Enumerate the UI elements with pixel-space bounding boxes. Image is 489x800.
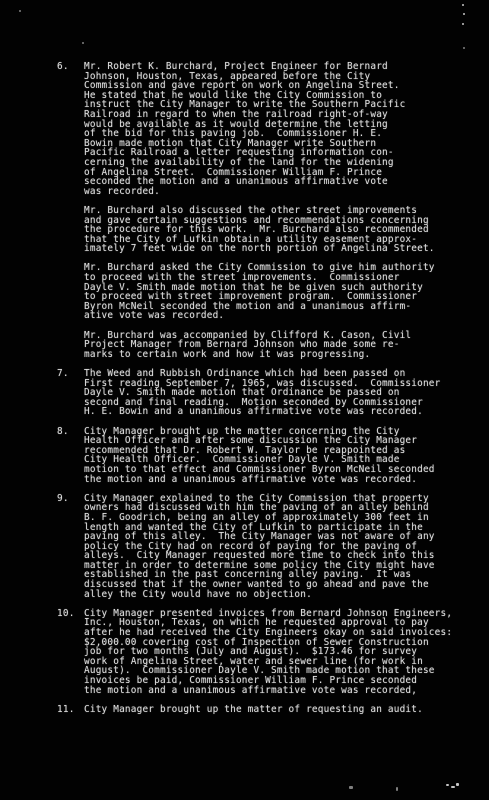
scan-speck bbox=[446, 784, 449, 786]
scan-speck bbox=[456, 783, 459, 786]
item-number: 7. bbox=[57, 369, 84, 379]
scan-speck bbox=[451, 786, 455, 788]
minutes-item: 10.City Manager presented invoices from … bbox=[57, 609, 461, 695]
minutes-list: 6.Mr. Robert K. Burchard, Project Engine… bbox=[57, 62, 461, 724]
scan-speck bbox=[463, 13, 465, 15]
scan-speck bbox=[82, 42, 84, 44]
item-paragraph: The Weed and Rubbish Ordinance which had… bbox=[84, 369, 461, 417]
item-paragraph: Mr. Burchard asked the City Commission t… bbox=[84, 263, 461, 321]
item-paragraph: City Manager explained to the City Commi… bbox=[84, 494, 461, 600]
item-body: City Manager brought up the matter of re… bbox=[84, 705, 461, 715]
scan-speck bbox=[349, 786, 353, 789]
item-paragraph: City Manager presented invoices from Ber… bbox=[84, 609, 461, 695]
minutes-item: 11.City Manager brought up the matter of… bbox=[57, 705, 461, 715]
item-paragraph: Mr. Burchard also discussed the other st… bbox=[84, 206, 461, 254]
minutes-item: 8.City Manager brought up the matter con… bbox=[57, 427, 461, 485]
item-body: Mr. Robert K. Burchard, Project Engineer… bbox=[84, 62, 461, 359]
item-body: The Weed and Rubbish Ordinance which had… bbox=[84, 369, 461, 417]
item-number: 11. bbox=[57, 705, 84, 715]
scanned-minutes-page: 6.Mr. Robert K. Burchard, Project Engine… bbox=[0, 0, 489, 800]
minutes-item: 9.City Manager explained to the City Com… bbox=[57, 494, 461, 600]
item-body: City Manager presented invoices from Ber… bbox=[84, 609, 461, 695]
minutes-item: 6.Mr. Robert K. Burchard, Project Engine… bbox=[57, 62, 461, 359]
scan-speck bbox=[396, 787, 398, 791]
item-paragraph: Mr. Burchard was accompanied by Clifford… bbox=[84, 331, 461, 360]
scan-speck bbox=[462, 23, 464, 25]
item-number: 9. bbox=[57, 494, 84, 504]
scan-speck bbox=[19, 10, 21, 12]
item-body: City Manager brought up the matter conce… bbox=[84, 427, 461, 485]
item-body: City Manager explained to the City Commi… bbox=[84, 494, 461, 600]
minutes-item: 7.The Weed and Rubbish Ordinance which h… bbox=[57, 369, 461, 417]
item-number: 10. bbox=[57, 609, 84, 619]
item-paragraph: City Manager brought up the matter conce… bbox=[84, 427, 461, 485]
scan-speck bbox=[462, 4, 464, 6]
item-paragraph: City Manager brought up the matter of re… bbox=[84, 705, 461, 715]
item-number: 8. bbox=[57, 427, 84, 437]
item-paragraph: Mr. Robert K. Burchard, Project Engineer… bbox=[84, 62, 461, 196]
item-number: 6. bbox=[57, 62, 84, 72]
scan-speck bbox=[463, 47, 465, 49]
